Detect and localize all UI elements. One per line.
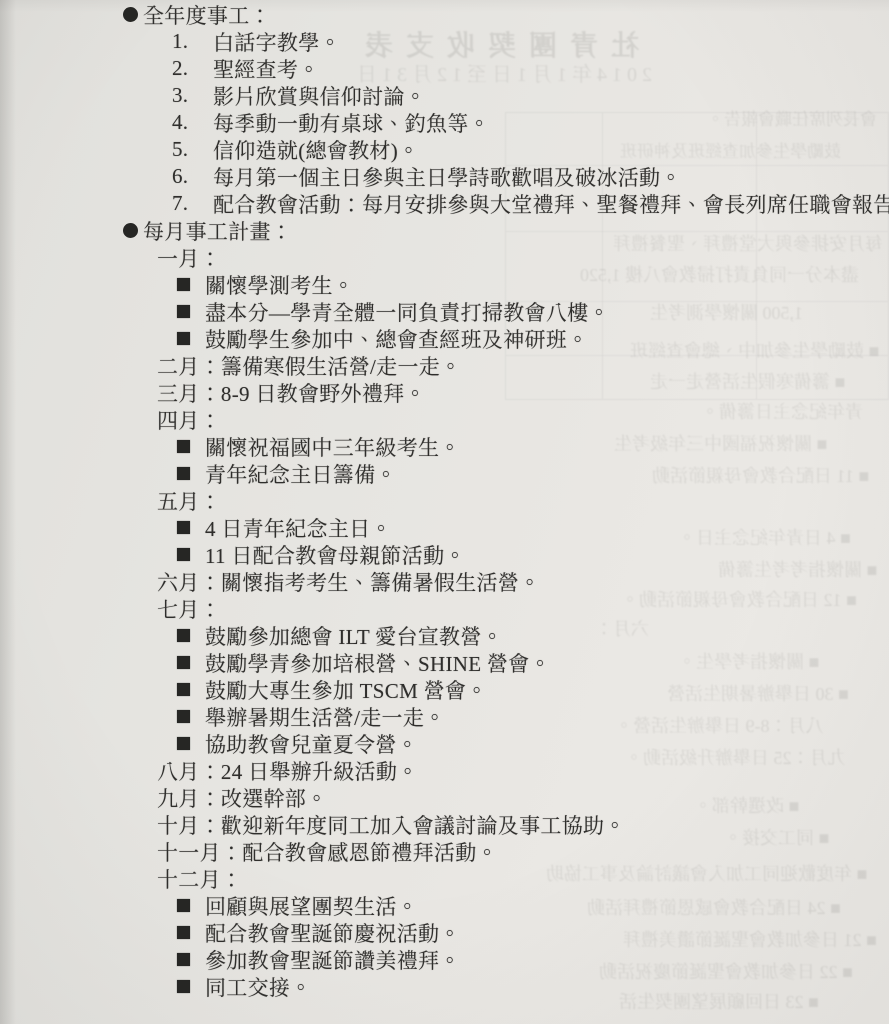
item-text: 4 日青年紀念主日。 (205, 513, 392, 543)
doc-line: 七月： (0, 595, 889, 622)
doc-line: 6.每月第一個主日參與主日學詩歌歡唱及破冰活動。 (0, 163, 889, 190)
item-number: 4. (172, 110, 213, 135)
item-text: 鼓勵參加總會 ILT 愛台宣教營。 (205, 621, 503, 651)
item-text: 配合教會聖誕節慶祝活動。 (205, 918, 461, 948)
doc-line: 2.聖經查考。 (0, 55, 889, 82)
square-bullet-icon (177, 521, 190, 534)
doc-line: 3.影片欣賞與信仰討論。 (0, 82, 889, 109)
doc-line: 1.白話字教學。 (0, 28, 889, 55)
month-label: 七月： (157, 594, 221, 624)
square-bullet-icon (177, 899, 190, 912)
doc-line: 5.信仰造就(總會教材)。 (0, 136, 889, 163)
doc-line: 關懷學測考生。 (0, 271, 889, 298)
bullet-icon (123, 223, 138, 238)
month-label: 十二月： (157, 864, 242, 894)
doc-line: 盡本分—學青全體一同負責打掃教會八樓。 (0, 298, 889, 325)
doc-line: 關懷祝福國中三年級考生。 (0, 433, 889, 460)
square-bullet-icon (177, 953, 190, 966)
month-label: 二月： (157, 351, 221, 381)
square-bullet-icon (177, 629, 190, 642)
month-label: 三月： (157, 378, 221, 408)
doc-line: 鼓勵參加總會 ILT 愛台宣教營。 (0, 622, 889, 649)
month-note: 籌備寒假生活營/走一走。 (221, 351, 461, 381)
item-text: 白話字教學。 (213, 27, 341, 57)
item-text: 關懷學測考生。 (205, 270, 354, 300)
item-text: 舉辦暑期生活營/走一走。 (205, 702, 445, 732)
item-text: 每月第一個主日參與主日學詩歌歡唱及破冰活動。 (213, 162, 682, 192)
month-note: 改選幹部。 (221, 783, 328, 813)
square-bullet-icon (177, 656, 190, 669)
document-page: 社青團契收支表 2014年1月1日至12月31日 會長列席任職會報告。鼓勵學生參… (0, 0, 889, 1024)
doc-line: 三月：8-9 日教會野外禮拜。 (0, 379, 889, 406)
item-text: 協助教會兒童夏令營。 (205, 729, 418, 759)
section-title: 每月事工計畫： (143, 216, 292, 246)
doc-line: 配合教會聖誕節慶祝活動。 (0, 919, 889, 946)
item-text: 回顧與展望團契生活。 (205, 891, 418, 921)
item-text: 鼓勵學青參加培根營、SHINE 營會。 (205, 648, 551, 678)
month-note: 8-9 日教會野外禮拜。 (221, 378, 426, 408)
item-text: 青年紀念主日籌備。 (205, 459, 397, 489)
doc-line: 鼓勵學青參加培根營、SHINE 營會。 (0, 649, 889, 676)
month-label: 十一月： (157, 837, 242, 867)
month-label: 六月： (157, 567, 221, 597)
doc-line: 參加教會聖誕節讚美禮拜。 (0, 946, 889, 973)
doc-line: 四月： (0, 406, 889, 433)
month-note: 24 日舉辦升級活動。 (221, 756, 419, 786)
item-text: 關懷祝福國中三年級考生。 (205, 432, 461, 462)
item-number: 6. (172, 164, 213, 189)
item-text: 影片欣賞與信仰討論。 (213, 81, 426, 111)
doc-line: 九月：改選幹部。 (0, 784, 889, 811)
doc-line: 十月：歡迎新年度同工加入會議討論及事工協助。 (0, 811, 889, 838)
month-note: 關懷指考考生、籌備暑假生活營。 (221, 567, 541, 597)
square-bullet-icon (177, 710, 190, 723)
month-label: 五月： (157, 486, 221, 516)
item-number: 1. (172, 29, 213, 54)
month-note: 配合教會感恩節禮拜活動。 (242, 837, 498, 867)
item-text: 信仰造就(總會教材)。 (213, 135, 419, 165)
square-bullet-icon (177, 332, 190, 345)
square-bullet-icon (177, 278, 190, 291)
item-number: 5. (172, 137, 213, 162)
square-bullet-icon (177, 467, 190, 480)
doc-line: 十一月：配合教會感恩節禮拜活動。 (0, 838, 889, 865)
month-label: 九月： (157, 783, 221, 813)
square-bullet-icon (177, 440, 190, 453)
doc-line: 7.配合教會活動：每月安排參與大堂禮拜、聖餐禮拜、會長列席任職會報告。 (0, 190, 889, 217)
item-text: 11 日配合教會母親節活動。 (205, 540, 466, 570)
month-label: 一月： (157, 243, 221, 273)
doc-line: 鼓勵大專生參加 TSCM 營會。 (0, 676, 889, 703)
square-bullet-icon (177, 980, 190, 993)
item-number: 7. (172, 191, 213, 216)
square-bullet-icon (177, 305, 190, 318)
item-text: 鼓勵大專生參加 TSCM 營會。 (205, 675, 488, 705)
doc-line: 十二月： (0, 865, 889, 892)
doc-line: 同工交接。 (0, 973, 889, 1000)
square-bullet-icon (177, 926, 190, 939)
doc-line: 舉辦暑期生活營/走一走。 (0, 703, 889, 730)
doc-line: 鼓勵學生參加中、總會查經班及神研班。 (0, 325, 889, 352)
square-bullet-icon (177, 683, 190, 696)
page-edge-shadow (0, 0, 16, 1024)
doc-line: 一月： (0, 244, 889, 271)
item-text: 配合教會活動：每月安排參與大堂禮拜、聖餐禮拜、會長列席任職會報告。 (213, 189, 889, 219)
doc-line: 八月：24 日舉辦升級活動。 (0, 757, 889, 784)
doc-line: 協助教會兒童夏令營。 (0, 730, 889, 757)
item-text: 參加教會聖誕節讚美禮拜。 (205, 945, 461, 975)
month-label: 十月： (157, 810, 221, 840)
doc-line: 每月事工計畫： (0, 217, 889, 244)
doc-line: 11 日配合教會母親節活動。 (0, 541, 889, 568)
square-bullet-icon (177, 737, 190, 750)
month-note: 歡迎新年度同工加入會議討論及事工協助。 (221, 810, 626, 840)
item-number: 2. (172, 56, 213, 81)
doc-line: 二月：籌備寒假生活營/走一走。 (0, 352, 889, 379)
doc-line: 五月： (0, 487, 889, 514)
item-text: 每季動一動有桌球、釣魚等。 (213, 108, 490, 138)
page-top-shadow (0, 0, 889, 12)
item-text: 聖經查考。 (213, 54, 320, 84)
doc-line: 青年紀念主日籌備。 (0, 460, 889, 487)
document-body: 全年度事工：1.白話字教學。2.聖經查考。3.影片欣賞與信仰討論。4.每季動一動… (0, 1, 889, 1000)
month-label: 八月： (157, 756, 221, 786)
doc-line: 回顧與展望團契生活。 (0, 892, 889, 919)
doc-line: 六月：關懷指考考生、籌備暑假生活營。 (0, 568, 889, 595)
square-bullet-icon (177, 548, 190, 561)
item-number: 3. (172, 83, 213, 108)
doc-line: 4 日青年紀念主日。 (0, 514, 889, 541)
item-text: 鼓勵學生參加中、總會查經班及神研班。 (205, 324, 588, 354)
item-text: 同工交接。 (205, 972, 312, 1002)
item-text: 盡本分—學青全體一同負責打掃教會八樓。 (205, 297, 610, 327)
doc-line: 4.每季動一動有桌球、釣魚等。 (0, 109, 889, 136)
month-label: 四月： (157, 405, 221, 435)
